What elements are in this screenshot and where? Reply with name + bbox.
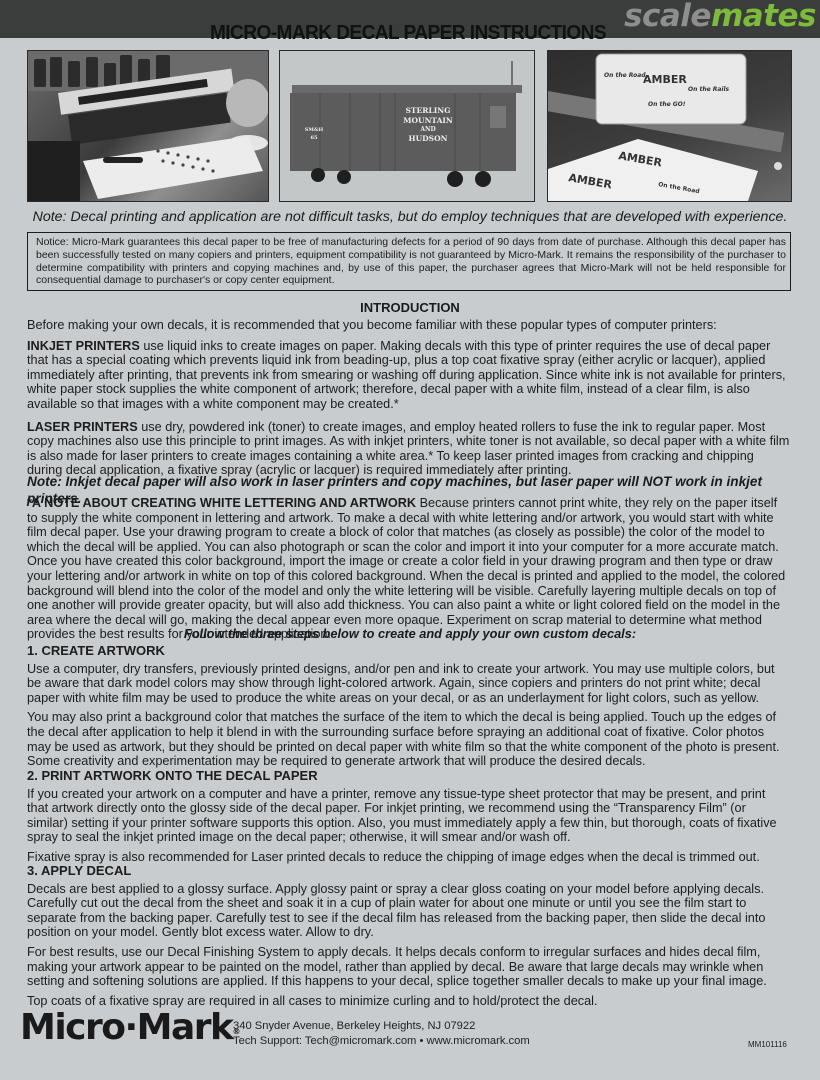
- step-2-heading: 2. PRINT ARTWORK ONTO THE DECAL PAPER: [27, 769, 790, 784]
- inkjet-paragraph: INKJET PRINTERS use liquid inks to creat…: [27, 339, 790, 412]
- footer-contact: 340 Snyder Avenue, Berkeley Heights, NJ …: [233, 1019, 530, 1048]
- workbench-illustration-icon: [28, 51, 268, 201]
- micro-mark-logo: Micro·Mark®: [20, 1008, 239, 1048]
- step-1-section: 1. CREATE ARTWORK Use a computer, dry tr…: [27, 644, 790, 774]
- step-3-heading: 3. APPLY DECAL: [27, 864, 790, 879]
- white-lettering-label: *A NOTE ABOUT CREATING WHITE LETTERING A…: [27, 496, 416, 510]
- laser-label: LASER PRINTERS: [27, 420, 138, 434]
- document-title: MICRO-MARK DECAL PAPER INSTRUCTIONS: [29, 21, 788, 45]
- document-code: MM101116: [748, 1040, 787, 1049]
- step-2-paragraph-1: If you created your artwork on a compute…: [27, 787, 790, 845]
- footer-support: Tech Support: Tech@micromark.com • www.m…: [233, 1034, 530, 1049]
- trailer-illustration-icon: On the Road AMBER On the Rails On the GO…: [548, 51, 791, 201]
- laser-paragraph: LASER PRINTERS use dry, powdered ink (to…: [27, 420, 790, 478]
- svg-text:On the GO!: On the GO!: [648, 101, 686, 108]
- svg-text:On the Road: On the Road: [604, 72, 646, 79]
- white-lettering-paragraph: *A NOTE ABOUT CREATING WHITE LETTERING A…: [27, 496, 790, 642]
- svg-text:AND: AND: [419, 126, 435, 133]
- step-3-paragraph-2: For best results, use our Decal Finishin…: [27, 945, 790, 989]
- step-1-paragraph-1: Use a computer, dry transfers, previousl…: [27, 662, 790, 706]
- svg-text:65: 65: [311, 135, 318, 141]
- svg-text:On the Rails: On the Rails: [688, 86, 730, 93]
- photo-strip: STERLING MOUNTAIN AND HUDSON SM&H 65 On …: [27, 50, 791, 202]
- svg-text:HUDSON: HUDSON: [409, 134, 448, 143]
- boxcar-model-photo: STERLING MOUNTAIN AND HUDSON SM&H 65: [279, 50, 535, 202]
- boxcar-illustration-icon: STERLING MOUNTAIN AND HUDSON SM&H 65: [280, 51, 534, 201]
- trailer-flatcar-decal-sheet-photo: On the Road AMBER On the Rails On the GO…: [547, 50, 792, 202]
- step-3-section: 3. APPLY DECAL Decals are best applied t…: [27, 864, 790, 1013]
- step-2-section: 2. PRINT ARTWORK ONTO THE DECAL PAPER If…: [27, 769, 790, 870]
- inkjet-label: INKJET PRINTERS: [27, 339, 140, 353]
- warranty-notice-box: Notice: Micro-Mark guarantees this decal…: [27, 232, 791, 291]
- svg-text:SM&H: SM&H: [305, 127, 324, 133]
- introduction-heading: INTRODUCTION: [0, 300, 820, 315]
- step-2-paragraph-2: Fixative spray is also recommended for L…: [27, 850, 790, 865]
- introduction-lead: Before making your own decals, it is rec…: [27, 318, 790, 333]
- step-1-heading: 1. CREATE ARTWORK: [27, 644, 790, 659]
- experience-note: Note: Decal printing and application are…: [0, 208, 820, 226]
- footer-address: 340 Snyder Avenue, Berkeley Heights, NJ …: [233, 1019, 530, 1034]
- decal-application-workbench-photo: [27, 50, 269, 202]
- introduction-section: Before making your own decals, it is rec…: [27, 318, 790, 483]
- boxcar-lettering-1: STERLING: [406, 106, 451, 115]
- step-1-paragraph-2: You may also print a background color th…: [27, 710, 790, 768]
- white-lettering-section: *A NOTE ABOUT CREATING WHITE LETTERING A…: [27, 496, 790, 647]
- svg-text:AMBER: AMBER: [643, 73, 687, 86]
- svg-text:MOUNTAIN: MOUNTAIN: [403, 116, 453, 125]
- steps-intro: Follow the three steps below to create a…: [0, 626, 820, 641]
- step-3-paragraph-1: Decals are best applied to a glossy surf…: [27, 882, 790, 940]
